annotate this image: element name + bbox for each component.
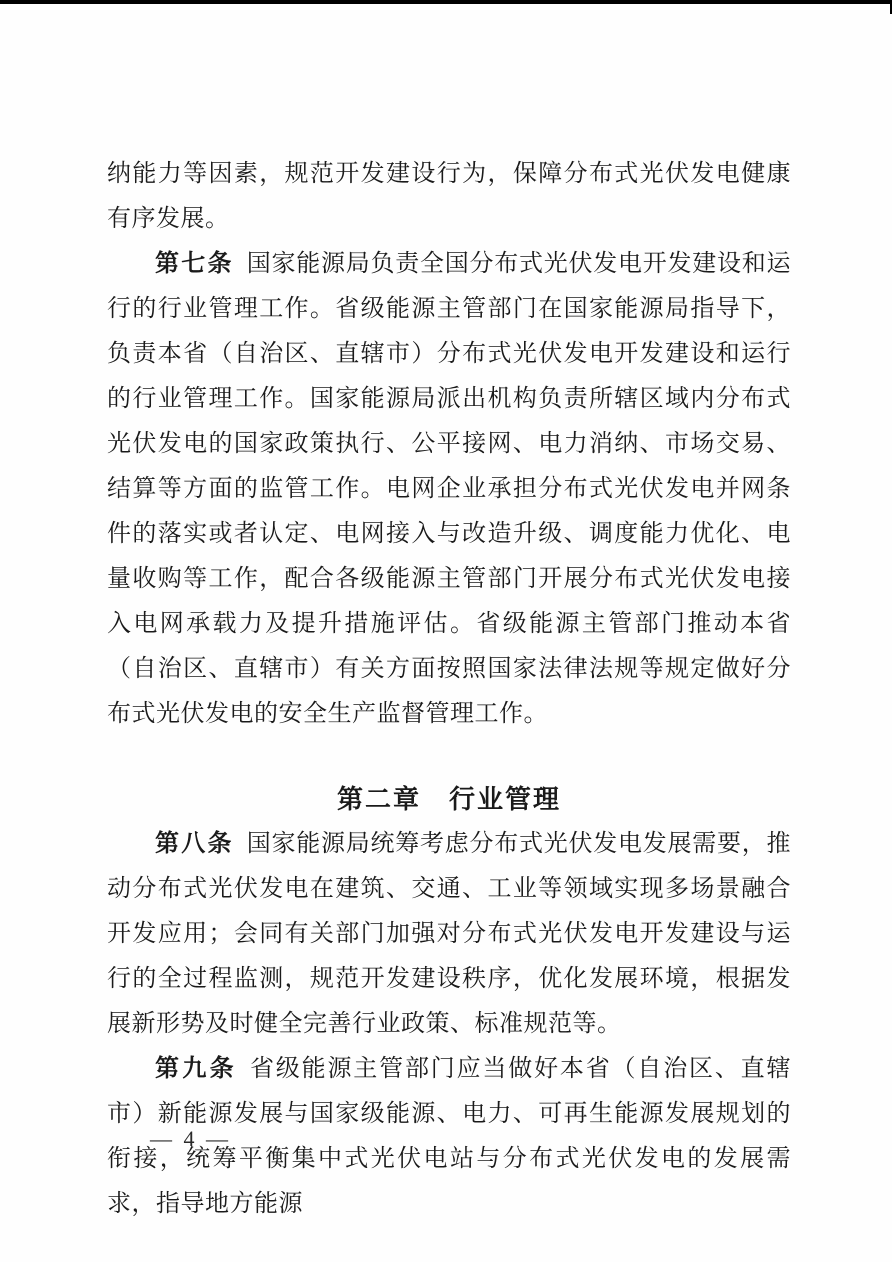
article-8-label: 第八条 bbox=[155, 831, 234, 857]
paragraph-text: 纳能力等因素，规范开发建设行为，保障分布式光伏发电健康有序发展。 bbox=[107, 161, 791, 232]
paragraph-text: 国家能源局统筹考虑分布式光伏发电发展需要，推动分布式光伏发电在建筑、交通、工业等… bbox=[107, 831, 791, 1037]
paragraph-text: 国家能源局负责全国分布式光伏发电开发建设和运行的行业管理工作。省级能源主管部门在… bbox=[107, 251, 791, 727]
paragraph-article-7: 第七条国家能源局负责全国分布式光伏发电开发建设和运行的行业管理工作。省级能源主管… bbox=[107, 242, 791, 737]
document-body: 纳能力等因素，规范开发建设行为，保障分布式光伏发电健康有序发展。 第七条国家能源… bbox=[107, 152, 791, 1227]
paragraph-continuation: 纳能力等因素，规范开发建设行为，保障分布式光伏发电健康有序发展。 bbox=[107, 152, 791, 242]
page-number: — 4 — bbox=[150, 1126, 231, 1152]
chapter-heading: 第二章 行业管理 bbox=[107, 777, 791, 822]
scan-edge-artifact-top bbox=[0, 0, 892, 4]
article-9-label: 第九条 bbox=[155, 1056, 237, 1082]
paragraph-article-8: 第八条国家能源局统筹考虑分布式光伏发电发展需要，推动分布式光伏发电在建筑、交通、… bbox=[107, 822, 791, 1047]
article-7-label: 第七条 bbox=[155, 251, 234, 277]
document-page: 纳能力等因素，规范开发建设行为，保障分布式光伏发电健康有序发展。 第七条国家能源… bbox=[0, 0, 892, 1262]
